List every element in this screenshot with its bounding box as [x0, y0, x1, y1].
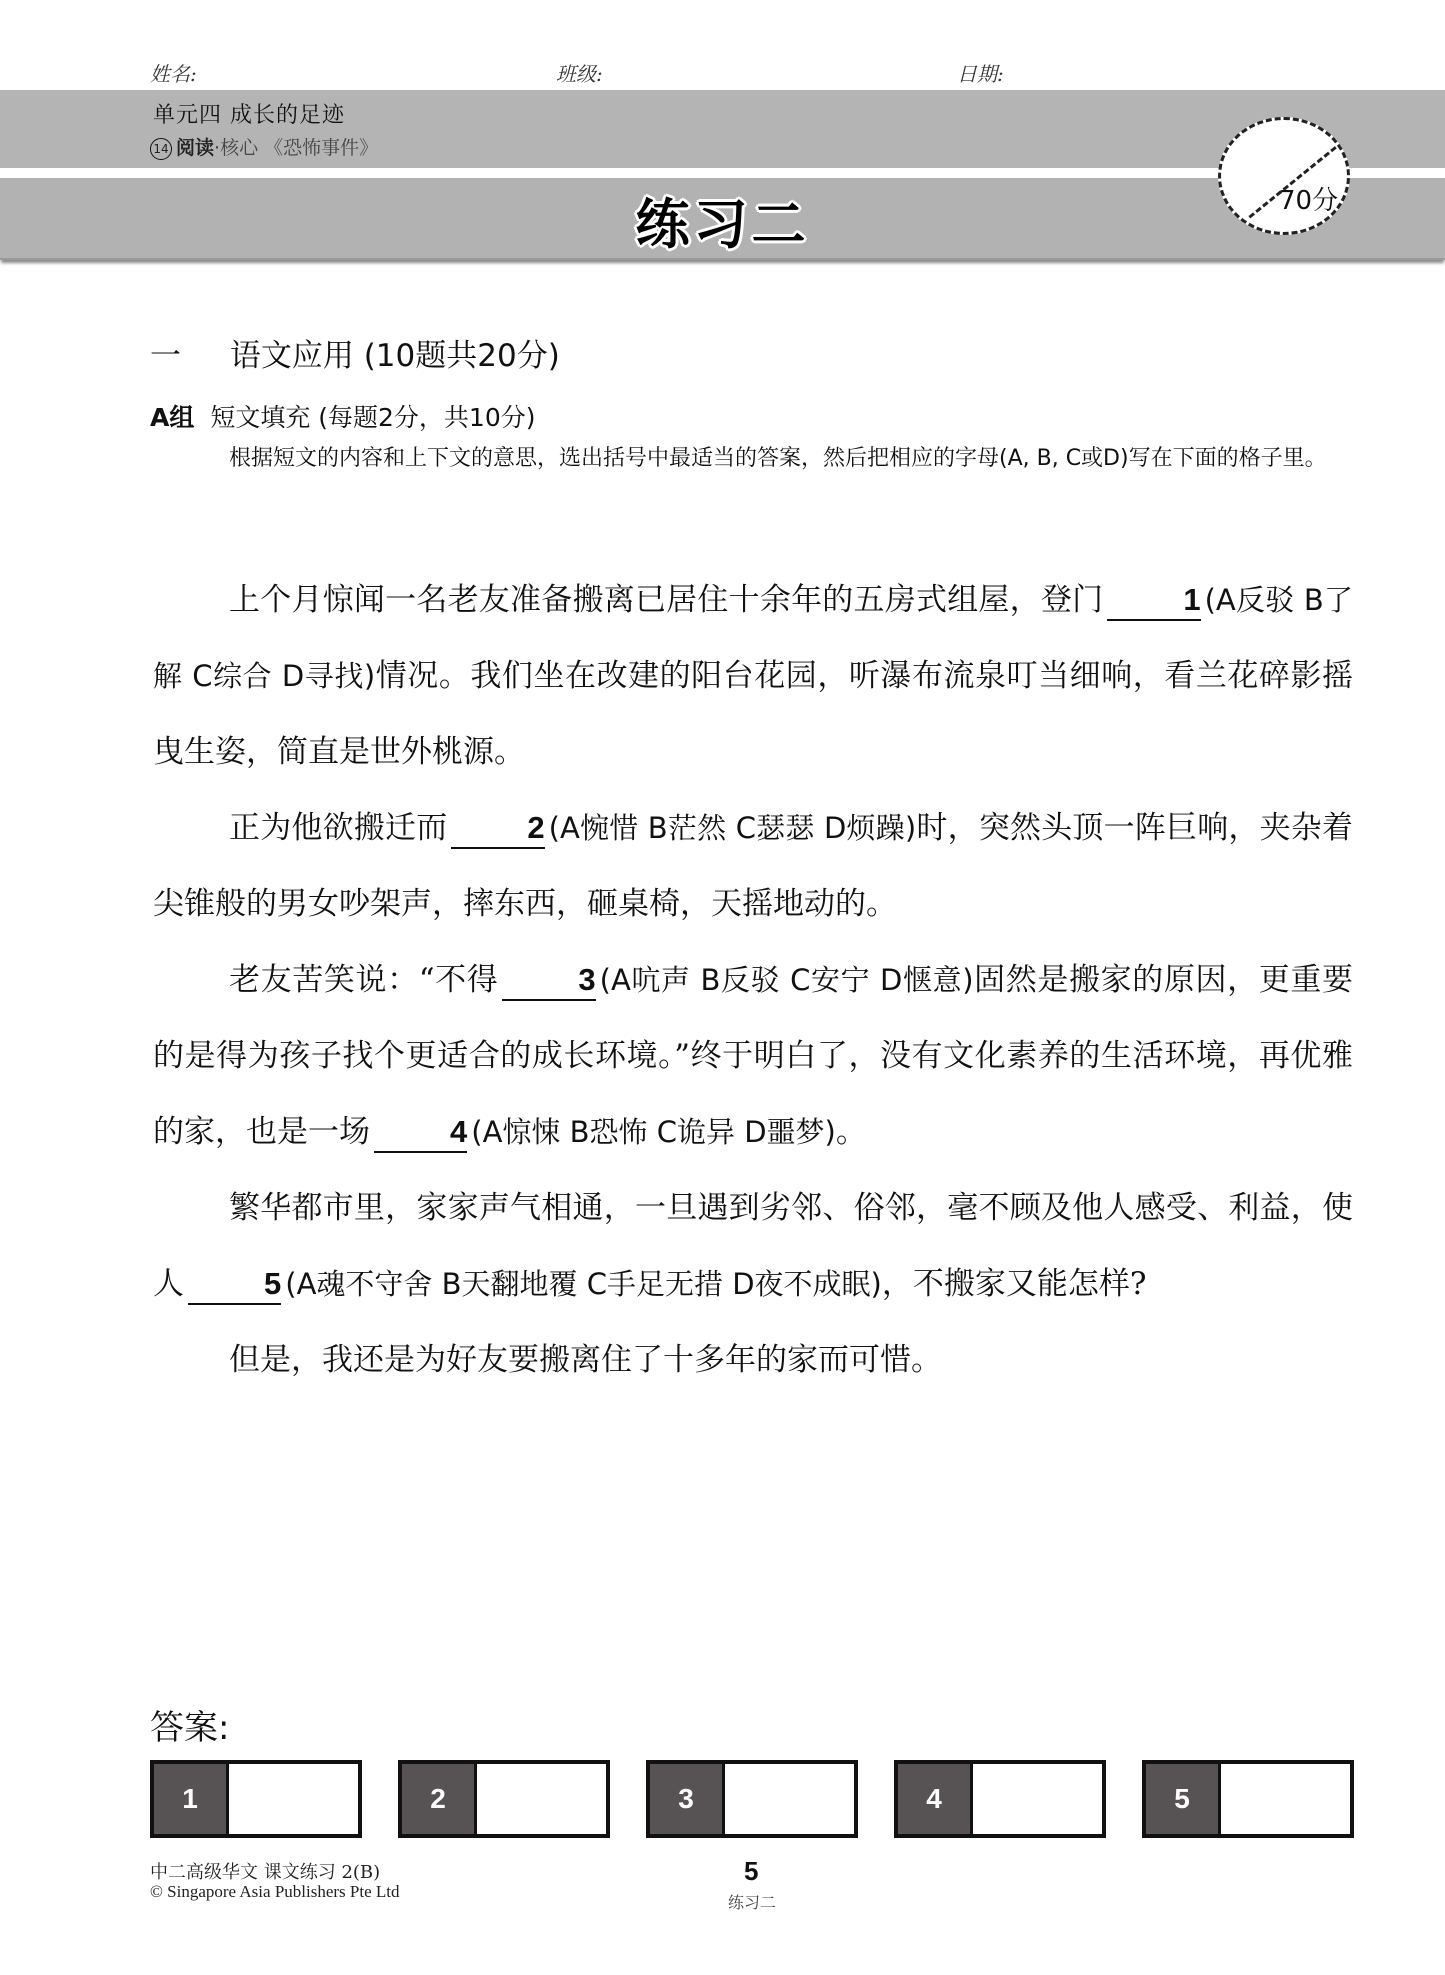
book-title: 中二高级华文 课文练习 2(B) [150, 1858, 380, 1884]
options-3: (A吭声 B反驳 C安宁 D惬意) [600, 963, 974, 997]
date-field-label: 日期: [957, 58, 1004, 87]
answers-label: 答案: [150, 1700, 229, 1749]
lesson-number-badge: 14 [150, 138, 172, 160]
answer-box-2: 2 [398, 1760, 610, 1838]
class-field-label: 班级: [556, 58, 603, 87]
options-5: (A魂不守舍 B天翻地覆 C手足无措 D夜不成眠) [285, 1267, 882, 1301]
answer-box-4: 4 [894, 1760, 1106, 1838]
lesson-line: 14阅读·核心 《恐怖事件》 [150, 133, 378, 160]
blank-3: 3 [502, 961, 595, 1001]
blank-1: 1 [1107, 581, 1200, 621]
passage-paragraph: 老友苦笑说：“不得3(A吭声 B反驳 C安宁 D惬意)固然是搬家的原因，更重要的… [153, 942, 1353, 1170]
page-number: 5 [744, 1856, 758, 1887]
group-title: 短文填充 (每题2分，共10分) [210, 403, 535, 432]
name-field-label: 姓名: [150, 58, 197, 87]
lesson-type: 阅读 [176, 137, 214, 159]
answer-number: 2 [402, 1764, 477, 1834]
total-score: 70分 [1279, 180, 1338, 217]
section-heading: 一 语文应用 (10题共20分) [150, 330, 560, 375]
options-4: (A惊悚 B恐怖 C诡异 D噩梦) [471, 1115, 836, 1149]
answer-field-4[interactable] [973, 1764, 1102, 1834]
score-circle: 70分 [1218, 117, 1350, 235]
passage-paragraph: 正为他欲搬迁而2(A惋惜 B茫然 C瑟瑟 D烦躁)时，突然头顶一阵巨响，夹杂着尖… [153, 790, 1353, 942]
lesson-name: 《恐怖事件》 [264, 137, 378, 159]
answer-field-1[interactable] [229, 1764, 358, 1834]
answer-field-5[interactable] [1221, 1764, 1350, 1834]
section-number: 一 [150, 330, 194, 375]
answer-number: 3 [650, 1764, 725, 1834]
passage-paragraph: 繁华都市里，家家声气相通，一旦遇到劣邻、俗邻，毫不顾及他人感受、利益，使人5(A… [153, 1170, 1353, 1322]
answer-number: 5 [1146, 1764, 1221, 1834]
answer-number: 4 [898, 1764, 973, 1834]
section-title: 语文应用 (10题共20分) [230, 338, 560, 374]
group-heading: A组 短文填充 (每题2分，共10分) [150, 398, 535, 434]
group-label: A组 [150, 403, 194, 432]
blank-2: 2 [451, 809, 544, 849]
answer-field-2[interactable] [477, 1764, 606, 1834]
instructions: 根据短文的内容和上下文的意思，选出括号中最适当的答案，然后把相应的字母(A, B… [229, 442, 1359, 476]
blank-4: 4 [374, 1113, 467, 1153]
blank-5: 5 [188, 1265, 281, 1305]
answer-box-3: 3 [646, 1760, 858, 1838]
page-section-label: 练习二 [728, 1890, 776, 1913]
answer-field-3[interactable] [725, 1764, 854, 1834]
answer-number: 1 [154, 1764, 229, 1834]
answer-box-5: 5 [1142, 1760, 1354, 1838]
unit-title: 单元四 成长的足迹 [153, 98, 345, 129]
passage-paragraph: 上个月惊闻一名老友准备搬离已居住十余年的五房式组屋，登门1(A反驳 B了解 C综… [153, 562, 1353, 790]
lesson-level: 核心 [220, 137, 258, 159]
copyright: © Singapore Asia Publishers Pte Ltd [150, 1882, 400, 1902]
passage: 上个月惊闻一名老友准备搬离已居住十余年的五房式组屋，登门1(A反驳 B了解 C综… [153, 562, 1353, 1398]
answer-box-1: 1 [150, 1760, 362, 1838]
passage-paragraph: 但是，我还是为好友要搬离住了十多年的家而可惜。 [153, 1322, 1353, 1398]
options-2: (A惋惜 B茫然 C瑟瑟 D烦躁) [549, 811, 917, 845]
